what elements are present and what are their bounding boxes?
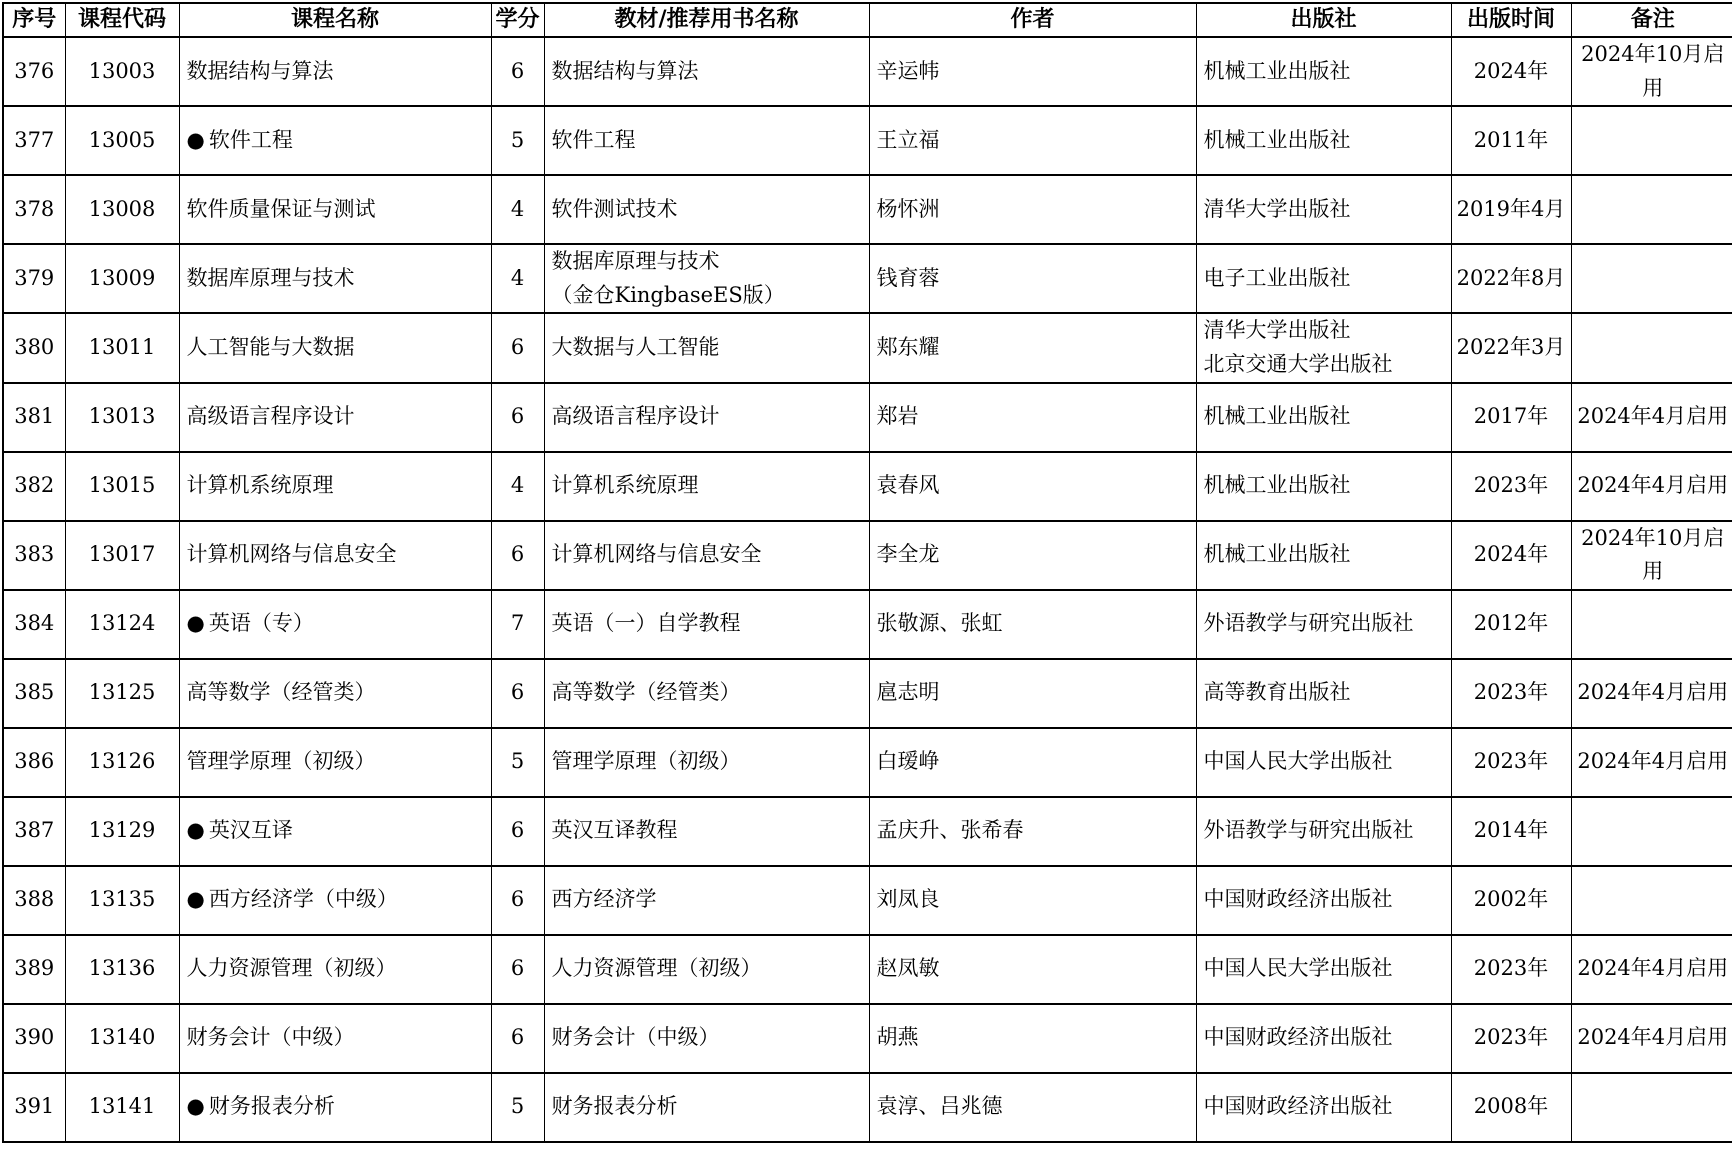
cell-pub-date: 2024年 [1451, 37, 1571, 106]
table-row: 38613126管理学原理（初级）5管理学原理（初级）白瑷峥中国人民大学出版社2… [3, 728, 1732, 797]
cell-credits: 7 [491, 590, 544, 659]
cell-index: 379 [3, 244, 65, 313]
cell-textbook: 财务报表分析 [544, 1073, 869, 1142]
cell-publisher: 外语教学与研究出版社 [1196, 797, 1451, 866]
bullet-icon: ● [187, 814, 205, 848]
course-name-text: 软件工程 [209, 128, 293, 152]
table-row: 39013140财务会计（中级）6财务会计（中级）胡燕中国财政经济出版社2023… [3, 1004, 1732, 1073]
table-body: 37613003数据结构与算法6数据结构与算法辛运帏机械工业出版社2024年20… [3, 37, 1732, 1142]
cell-author: 扈志明 [869, 659, 1196, 728]
cell-course-code: 13008 [65, 175, 179, 244]
cell-author: 胡燕 [869, 1004, 1196, 1073]
cell-course-code: 13005 [65, 106, 179, 175]
col-header-credits: 学分 [491, 3, 544, 37]
cell-pub-date: 2023年 [1451, 659, 1571, 728]
cell-pub-date: 2008年 [1451, 1073, 1571, 1142]
cell-course-name: 数据结构与算法 [179, 37, 491, 106]
cell-author: 赵凤敏 [869, 935, 1196, 1004]
cell-publisher: 中国人民大学出版社 [1196, 728, 1451, 797]
col-header-textbook: 教材/推荐用书名称 [544, 3, 869, 37]
cell-pub-date: 2024年 [1451, 521, 1571, 590]
col-header-course-name: 课程名称 [179, 3, 491, 37]
cell-textbook: 西方经济学 [544, 866, 869, 935]
cell-index: 380 [3, 313, 65, 382]
course-textbook-table: 序号 课程代码 课程名称 学分 教材/推荐用书名称 作者 出版社 出版时间 备注… [2, 2, 1732, 1143]
table-row: 39113141●财务报表分析5财务报表分析袁淳、吕兆德中国财政经济出版社200… [3, 1073, 1732, 1142]
cell-credits: 5 [491, 1073, 544, 1142]
cell-course-code: 13124 [65, 590, 179, 659]
cell-course-code: 13126 [65, 728, 179, 797]
course-name-text: 财务报表分析 [209, 1094, 335, 1118]
cell-course-code: 13015 [65, 452, 179, 521]
cell-course-name: 财务会计（中级） [179, 1004, 491, 1073]
cell-credits: 4 [491, 452, 544, 521]
cell-index: 385 [3, 659, 65, 728]
cell-course-code: 13017 [65, 521, 179, 590]
cell-author: 李全龙 [869, 521, 1196, 590]
cell-remark [1571, 313, 1732, 382]
cell-textbook: 软件测试技术 [544, 175, 869, 244]
cell-remark: 2024年10月启用 [1571, 521, 1732, 590]
cell-pub-date: 2019年4月 [1451, 175, 1571, 244]
cell-pub-date: 2012年 [1451, 590, 1571, 659]
cell-credits: 6 [491, 383, 544, 452]
bullet-icon: ● [187, 124, 205, 158]
col-header-remark: 备注 [1571, 3, 1732, 37]
cell-author: 郏东耀 [869, 313, 1196, 382]
cell-index: 384 [3, 590, 65, 659]
cell-publisher: 清华大学出版社 [1196, 175, 1451, 244]
cell-index: 390 [3, 1004, 65, 1073]
cell-textbook: 数据结构与算法 [544, 37, 869, 106]
cell-index: 376 [3, 37, 65, 106]
cell-credits: 6 [491, 797, 544, 866]
table-row: 38113013高级语言程序设计6高级语言程序设计郑岩机械工业出版社2017年2… [3, 383, 1732, 452]
cell-textbook: 数据库原理与技术 （金仓KingbaseES版） [544, 244, 869, 313]
cell-author: 杨怀洲 [869, 175, 1196, 244]
cell-pub-date: 2023年 [1451, 728, 1571, 797]
cell-index: 387 [3, 797, 65, 866]
cell-publisher: 机械工业出版社 [1196, 106, 1451, 175]
col-header-author: 作者 [869, 3, 1196, 37]
cell-credits: 6 [491, 1004, 544, 1073]
cell-pub-date: 2023年 [1451, 452, 1571, 521]
cell-course-name: ●英汉互译 [179, 797, 491, 866]
cell-credits: 6 [491, 866, 544, 935]
table-header: 序号 课程代码 课程名称 学分 教材/推荐用书名称 作者 出版社 出版时间 备注 [3, 3, 1732, 37]
cell-course-code: 13129 [65, 797, 179, 866]
course-name-text: 西方经济学（中级） [209, 887, 398, 911]
cell-publisher: 中国财政经济出版社 [1196, 1004, 1451, 1073]
cell-pub-date: 2023年 [1451, 1004, 1571, 1073]
table-row: 38013011人工智能与大数据6大数据与人工智能郏东耀清华大学出版社 北京交通… [3, 313, 1732, 382]
col-header-pub-date: 出版时间 [1451, 3, 1571, 37]
cell-credits: 6 [491, 37, 544, 106]
cell-textbook: 英汉互译教程 [544, 797, 869, 866]
cell-author: 袁淳、吕兆德 [869, 1073, 1196, 1142]
cell-pub-date: 2022年8月 [1451, 244, 1571, 313]
cell-publisher: 机械工业出版社 [1196, 521, 1451, 590]
cell-publisher: 高等教育出版社 [1196, 659, 1451, 728]
cell-course-code: 13013 [65, 383, 179, 452]
table-row: 38313017计算机网络与信息安全6计算机网络与信息安全李全龙机械工业出版社2… [3, 521, 1732, 590]
bullet-icon: ● [187, 883, 205, 917]
cell-index: 377 [3, 106, 65, 175]
course-name-text: 英汉互译 [209, 818, 293, 842]
cell-course-name: 高等数学（经管类） [179, 659, 491, 728]
cell-course-code: 13136 [65, 935, 179, 1004]
cell-author: 辛运帏 [869, 37, 1196, 106]
cell-publisher: 中国财政经济出版社 [1196, 866, 1451, 935]
cell-course-code: 13140 [65, 1004, 179, 1073]
cell-remark [1571, 590, 1732, 659]
cell-credits: 4 [491, 175, 544, 244]
cell-publisher: 中国财政经济出版社 [1196, 1073, 1451, 1142]
cell-course-name: ●西方经济学（中级） [179, 866, 491, 935]
cell-course-name: 软件质量保证与测试 [179, 175, 491, 244]
cell-author: 刘凤良 [869, 866, 1196, 935]
cell-author: 王立福 [869, 106, 1196, 175]
cell-textbook: 计算机网络与信息安全 [544, 521, 869, 590]
cell-course-name: 数据库原理与技术 [179, 244, 491, 313]
course-name-text: 英语（专） [209, 611, 314, 635]
cell-course-name: ●财务报表分析 [179, 1073, 491, 1142]
cell-course-name: 人工智能与大数据 [179, 313, 491, 382]
cell-index: 381 [3, 383, 65, 452]
cell-remark [1571, 106, 1732, 175]
cell-course-name: 计算机系统原理 [179, 452, 491, 521]
cell-pub-date: 2017年 [1451, 383, 1571, 452]
cell-author: 钱育蓉 [869, 244, 1196, 313]
cell-remark: 2024年4月启用 [1571, 452, 1732, 521]
cell-remark: 2024年4月启用 [1571, 1004, 1732, 1073]
cell-credits: 4 [491, 244, 544, 313]
cell-remark [1571, 866, 1732, 935]
cell-credits: 5 [491, 728, 544, 797]
cell-remark: 2024年4月启用 [1571, 935, 1732, 1004]
cell-textbook: 高级语言程序设计 [544, 383, 869, 452]
cell-index: 389 [3, 935, 65, 1004]
cell-textbook: 高等数学（经管类） [544, 659, 869, 728]
table-row: 38913136人力资源管理（初级）6人力资源管理（初级）赵凤敏中国人民大学出版… [3, 935, 1732, 1004]
table-row: 38513125高等数学（经管类）6高等数学（经管类）扈志明高等教育出版社202… [3, 659, 1732, 728]
cell-remark [1571, 1073, 1732, 1142]
cell-publisher: 外语教学与研究出版社 [1196, 590, 1451, 659]
table-row: 38413124●英语（专）7英语（一）自学教程张敬源、张虹外语教学与研究出版社… [3, 590, 1732, 659]
cell-author: 白瑷峥 [869, 728, 1196, 797]
cell-remark [1571, 175, 1732, 244]
cell-index: 383 [3, 521, 65, 590]
cell-textbook: 英语（一）自学教程 [544, 590, 869, 659]
cell-course-code: 13011 [65, 313, 179, 382]
cell-credits: 6 [491, 521, 544, 590]
cell-remark: 2024年10月启用 [1571, 37, 1732, 106]
header-row: 序号 课程代码 课程名称 学分 教材/推荐用书名称 作者 出版社 出版时间 备注 [3, 3, 1732, 37]
cell-publisher: 机械工业出版社 [1196, 383, 1451, 452]
cell-textbook: 管理学原理（初级） [544, 728, 869, 797]
cell-author: 郑岩 [869, 383, 1196, 452]
cell-course-name: 人力资源管理（初级） [179, 935, 491, 1004]
cell-course-code: 13141 [65, 1073, 179, 1142]
cell-course-code: 13009 [65, 244, 179, 313]
document-page: 序号 课程代码 课程名称 学分 教材/推荐用书名称 作者 出版社 出版时间 备注… [0, 0, 1732, 1149]
cell-course-name: 计算机网络与信息安全 [179, 521, 491, 590]
cell-pub-date: 2023年 [1451, 935, 1571, 1004]
table-row: 38713129●英汉互译6英汉互译教程孟庆升、张希春外语教学与研究出版社201… [3, 797, 1732, 866]
cell-publisher: 机械工业出版社 [1196, 452, 1451, 521]
cell-index: 388 [3, 866, 65, 935]
cell-pub-date: 2002年 [1451, 866, 1571, 935]
table-row: 37913009数据库原理与技术4数据库原理与技术 （金仓KingbaseES版… [3, 244, 1732, 313]
cell-course-code: 13125 [65, 659, 179, 728]
cell-index: 378 [3, 175, 65, 244]
cell-author: 张敬源、张虹 [869, 590, 1196, 659]
cell-remark [1571, 244, 1732, 313]
cell-textbook: 人力资源管理（初级） [544, 935, 869, 1004]
cell-publisher: 中国人民大学出版社 [1196, 935, 1451, 1004]
cell-textbook: 大数据与人工智能 [544, 313, 869, 382]
cell-credits: 6 [491, 659, 544, 728]
cell-index: 386 [3, 728, 65, 797]
cell-course-name: 管理学原理（初级） [179, 728, 491, 797]
cell-credits: 6 [491, 935, 544, 1004]
cell-credits: 6 [491, 313, 544, 382]
cell-author: 袁春风 [869, 452, 1196, 521]
cell-remark: 2024年4月启用 [1571, 728, 1732, 797]
cell-pub-date: 2011年 [1451, 106, 1571, 175]
cell-course-code: 13135 [65, 866, 179, 935]
col-header-course-code: 课程代码 [65, 3, 179, 37]
cell-textbook: 计算机系统原理 [544, 452, 869, 521]
cell-publisher: 机械工业出版社 [1196, 37, 1451, 106]
cell-course-name: ●软件工程 [179, 106, 491, 175]
cell-textbook: 软件工程 [544, 106, 869, 175]
cell-pub-date: 2022年3月 [1451, 313, 1571, 382]
cell-course-name: ●英语（专） [179, 590, 491, 659]
table-row: 38213015计算机系统原理4计算机系统原理袁春风机械工业出版社2023年20… [3, 452, 1732, 521]
cell-remark [1571, 797, 1732, 866]
col-header-publisher: 出版社 [1196, 3, 1451, 37]
cell-course-code: 13003 [65, 37, 179, 106]
table-row: 37813008软件质量保证与测试4软件测试技术杨怀洲清华大学出版社2019年4… [3, 175, 1732, 244]
cell-author: 孟庆升、张希春 [869, 797, 1196, 866]
table-row: 37713005●软件工程5软件工程王立福机械工业出版社2011年 [3, 106, 1732, 175]
cell-publisher: 清华大学出版社 北京交通大学出版社 [1196, 313, 1451, 382]
cell-textbook: 财务会计（中级） [544, 1004, 869, 1073]
col-header-index: 序号 [3, 3, 65, 37]
cell-publisher: 电子工业出版社 [1196, 244, 1451, 313]
cell-remark: 2024年4月启用 [1571, 659, 1732, 728]
table-row: 38813135●西方经济学（中级）6西方经济学刘凤良中国财政经济出版社2002… [3, 866, 1732, 935]
cell-index: 391 [3, 1073, 65, 1142]
bullet-icon: ● [187, 607, 205, 641]
cell-index: 382 [3, 452, 65, 521]
cell-pub-date: 2014年 [1451, 797, 1571, 866]
cell-course-name: 高级语言程序设计 [179, 383, 491, 452]
cell-remark: 2024年4月启用 [1571, 383, 1732, 452]
cell-credits: 5 [491, 106, 544, 175]
bullet-icon: ● [187, 1090, 205, 1124]
table-row: 37613003数据结构与算法6数据结构与算法辛运帏机械工业出版社2024年20… [3, 37, 1732, 106]
